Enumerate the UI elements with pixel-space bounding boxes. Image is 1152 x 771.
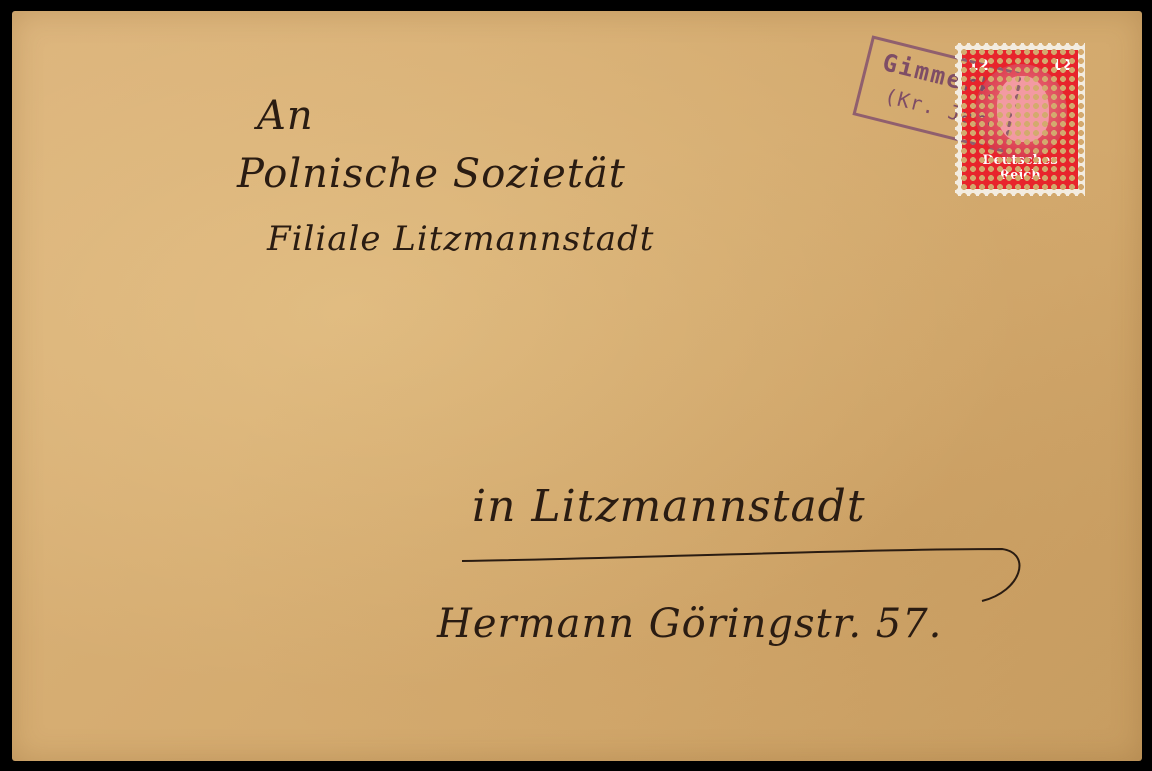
recipient-line-1: Polnische Sozietät bbox=[237, 151, 626, 197]
postage-stamp: 12 12 Deutsches Reich bbox=[955, 43, 1085, 196]
stamp-denomination-left: 12 bbox=[968, 56, 989, 74]
stamp-label: Deutsches Reich bbox=[962, 153, 1078, 183]
street-line: Hermann Göringstr. 57. bbox=[437, 601, 942, 647]
portrait-icon bbox=[975, 64, 1067, 160]
stamp-denomination-right: 12 bbox=[1051, 56, 1072, 74]
recipient-line-2: Filiale Litzmannstadt bbox=[267, 219, 654, 259]
salutation: An bbox=[257, 93, 314, 139]
city-line: in Litzmannstadt bbox=[472, 481, 866, 532]
